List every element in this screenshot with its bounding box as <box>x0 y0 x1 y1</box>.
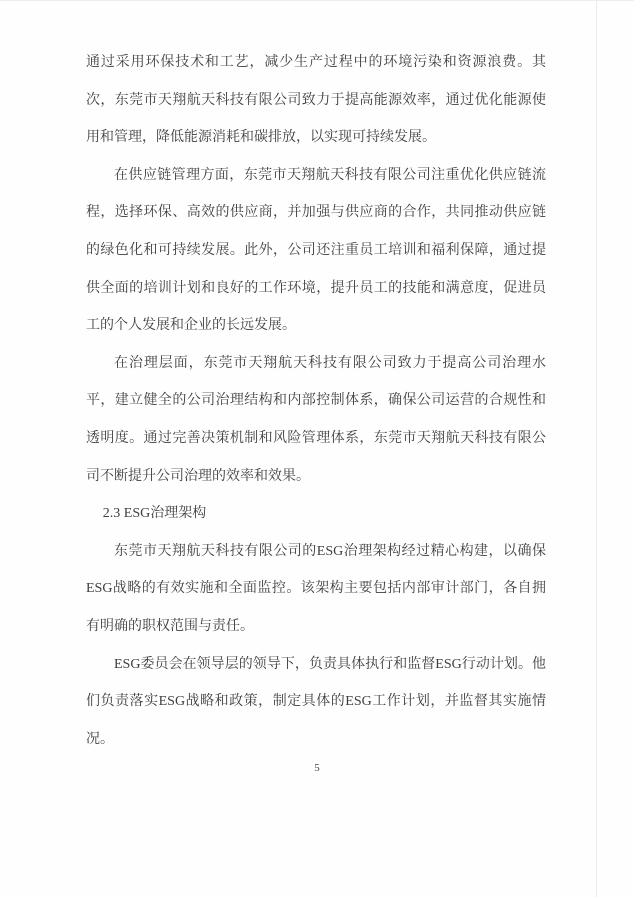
page-number: 5 <box>0 760 634 776</box>
document-body: 通过采用环保技术和工艺，减少生产过程中的环境污染和资源浪费。其次，东莞市天翔航天… <box>86 44 546 758</box>
paragraph-governance: 在治理层面，东莞市天翔航天科技有限公司致力于提高公司治理水平，建立健全的公司治理… <box>86 345 546 495</box>
page-top-edge <box>0 0 634 1</box>
section-heading-esg-governance-structure: 2.3 ESG治理架构 <box>86 495 546 533</box>
document-page: 通过采用环保技术和工艺，减少生产过程中的环境污染和资源浪费。其次，东莞市天翔航天… <box>0 0 634 897</box>
paragraph-environment-continuation: 通过采用环保技术和工艺，减少生产过程中的环境污染和资源浪费。其次，东莞市天翔航天… <box>86 44 546 157</box>
paragraph-esg-committee: ESG委员会在领导层的领导下，负责具体执行和监督ESG行动计划。他们负责落实ES… <box>86 646 546 759</box>
paragraph-esg-structure-overview: 东莞市天翔航天科技有限公司的ESG治理架构经过精心构建，以确保ESG战略的有效实… <box>86 533 546 646</box>
paragraph-supply-chain: 在供应链管理方面，东莞市天翔航天科技有限公司注重优化供应链流程，选择环保、高效的… <box>86 157 546 345</box>
